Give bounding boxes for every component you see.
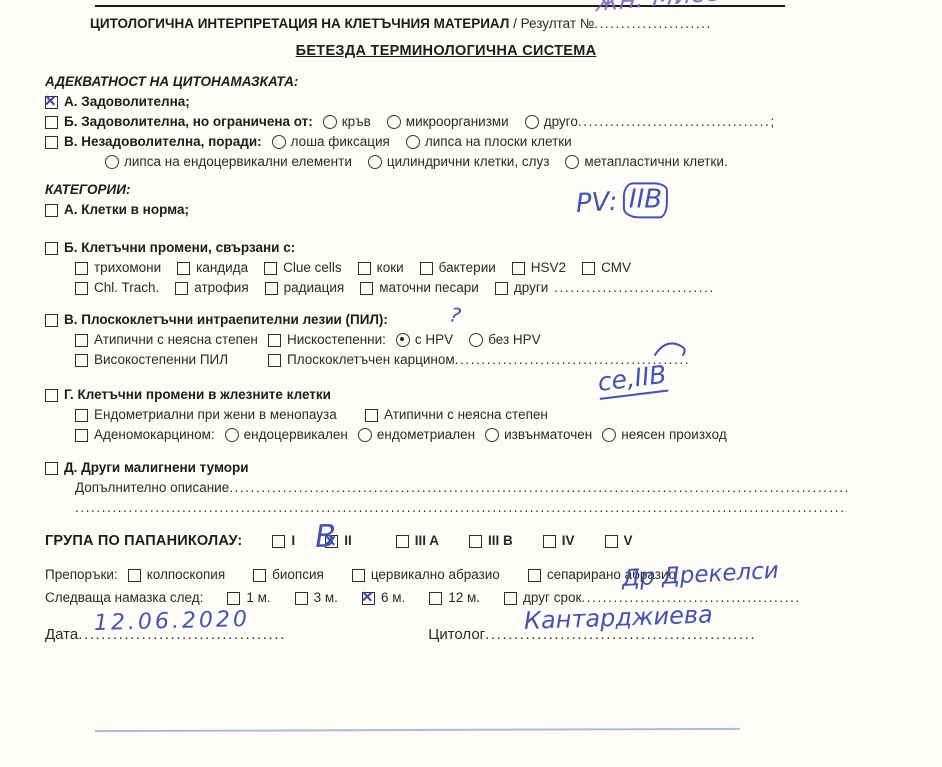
checkbox-option-bacteria: бактерии xyxy=(420,258,496,278)
option-label: микроорганизми xyxy=(406,112,509,132)
radio-endometrial xyxy=(358,428,372,442)
radio-option-bad-fixation: лоша фиксация xyxy=(272,132,390,152)
option-label: Clue cells xyxy=(283,258,342,278)
checkbox-option-carcinoma: Плоскоклетъчен карцином xyxy=(268,350,455,370)
pap-group-3a: III A xyxy=(396,530,439,552)
checkbox-pap-1 xyxy=(272,535,285,548)
group-label: IV xyxy=(562,530,575,552)
option-label: кръв xyxy=(342,112,371,132)
option-label: радиация xyxy=(284,278,345,298)
option-label: коки xyxy=(377,258,404,278)
others-dots: .............................. xyxy=(554,278,715,298)
radio-option-extrauterine: извънматочен xyxy=(485,425,592,445)
recommendations-label: Препоръки: xyxy=(45,565,118,585)
handwritten-pap-group-letter: В xyxy=(314,518,337,555)
checkbox-clue-cells xyxy=(264,262,277,275)
checkbox-pap-5 xyxy=(605,535,618,548)
checkbox-other-term xyxy=(504,592,517,605)
adequacy-c-label: В. Незадоволителна, поради: xyxy=(64,132,262,152)
scan-bottom-line xyxy=(95,728,740,732)
pap-group-4: IV xyxy=(543,530,575,552)
checkbox-others xyxy=(495,282,508,295)
group-label: V xyxy=(624,530,633,552)
category-c: В. Плоскоклетъчни интраепителни лезии (П… xyxy=(45,310,847,330)
group-label: II xyxy=(344,530,352,552)
checkbox-atrophy xyxy=(175,282,188,295)
system-title: БЕТЕЗДА ТЕРМИНОЛОГИЧНА СИСТЕМА xyxy=(296,40,597,62)
checkbox-endometrial-menopause xyxy=(75,409,88,422)
adequacy-heading-row: АДЕКВАТНОСТ НА ЦИТОНАМАЗКАТА: xyxy=(45,72,847,92)
checkbox-option-3m: 3 м. xyxy=(295,588,338,608)
category-d: Д. Други малигнени тумори xyxy=(45,458,847,478)
adequacy-a-label: А. Задоволителна; xyxy=(64,92,190,112)
radio-blood xyxy=(323,115,337,129)
option-label: 1 м. xyxy=(246,588,270,608)
categories-heading: КАТЕГОРИИ: xyxy=(45,180,130,200)
checkbox-separate-abrasion xyxy=(528,569,541,582)
form-title: ЦИТОЛОГИЧНА ИНТЕРПРЕТАЦИЯ НА КЛЕТЪЧНИЯ М… xyxy=(90,14,509,34)
radio-option-microorganisms: микроорганизми xyxy=(387,112,509,132)
adequacy-option-b: Б. Задоволителна, но ограничена от: кръв… xyxy=(45,112,847,132)
option-label: атрофия xyxy=(194,278,248,298)
checkbox-squamous-lesions xyxy=(45,314,58,327)
cytologist-label: Цитолог xyxy=(428,622,485,648)
radio-bad-fixation xyxy=(272,135,286,149)
category-b: Б. Клетъчни промени, свързани с: xyxy=(45,238,847,258)
option-label: Chl. Trach. xyxy=(94,278,159,298)
checkbox-option-6m: 6 м. xyxy=(362,588,405,608)
checkbox-pessary xyxy=(360,282,373,295)
checkbox-option-biopsy: биопсия xyxy=(253,565,324,585)
radio-with-hpv xyxy=(396,333,410,347)
additional-description-label: Допълнително описание xyxy=(75,478,229,498)
radio-option-with-hpv: с HPV xyxy=(396,330,453,350)
checkbox-atypical-glandular xyxy=(365,409,378,422)
checkbox-cocci xyxy=(358,262,371,275)
handwritten-pv-prefix: PV: xyxy=(575,187,618,219)
option-label: трихомони xyxy=(94,258,161,278)
checkbox-trichomonas xyxy=(75,262,88,275)
checkbox-option-atypical-unclear: Атипични с неясна степен xyxy=(75,330,268,350)
checkbox-1m xyxy=(227,592,240,605)
checkbox-glandular-changes xyxy=(45,389,58,402)
category-b-label: Б. Клетъчни промени, свързани с: xyxy=(64,238,295,258)
radio-option-without-hpv: без HPV xyxy=(469,330,541,350)
form-content: ЦИТОЛОГИЧНА ИНТЕРПРЕТАЦИЯ НА КЛЕТЪЧНИЯ М… xyxy=(45,0,847,648)
additional-description-dots2: ........................................… xyxy=(75,498,847,518)
checkbox-option-cervical-abrasion: цервикално абразио xyxy=(352,565,500,585)
option-label: неясен произход xyxy=(621,425,726,445)
option-label: Ендометриални при жени в менопауза xyxy=(94,405,337,425)
next-smear-row: Следваща намазка след: 1 м. 3 м. 6 м. 12… xyxy=(45,588,847,608)
checkbox-option-1m: 1 м. xyxy=(227,588,270,608)
adequacy-b-label: Б. Задоволителна, но ограничена от: xyxy=(64,112,313,132)
additional-description-row2: ........................................… xyxy=(75,498,847,518)
radio-cylindrical xyxy=(368,155,382,169)
option-label: лоша фиксация xyxy=(291,132,390,152)
checkbox-cervical-abrasion xyxy=(352,569,365,582)
handwritten-arc-mark xyxy=(652,340,694,360)
radio-microorganisms xyxy=(387,115,401,129)
option-label: кандида xyxy=(196,258,248,278)
option-label: маточни песари xyxy=(379,278,479,298)
radio-other xyxy=(525,115,539,129)
papanicolaou-row: ГРУПА ПО ПАПАНИКОЛАУ: I II III A III B I… xyxy=(45,530,847,552)
radio-without-hpv xyxy=(469,333,483,347)
checkbox-colposcopy xyxy=(128,569,141,582)
category-a: А. Клетки в норма; xyxy=(45,200,847,220)
checkbox-chl-trach xyxy=(75,282,88,295)
checkbox-biopsy xyxy=(253,569,266,582)
checkbox-option-candida: кандида xyxy=(177,258,248,278)
additional-description-row: Допълнително описание ..................… xyxy=(75,478,847,498)
system-title-row: БЕТЕЗДА ТЕРМИНОЛОГИЧНА СИСТЕМА xyxy=(45,40,847,62)
category-d-label: Д. Други малигнени тумори xyxy=(64,458,249,478)
category-g: Г. Клетъчни промени в жлезните клетки xyxy=(45,385,847,405)
radio-metaplastic xyxy=(565,155,579,169)
checkbox-adequacy-a xyxy=(45,96,58,109)
checkbox-option-low-grade: Нискостепенни: xyxy=(268,330,386,350)
option-label: друго xyxy=(544,112,578,132)
option-label: ендоцервикален xyxy=(244,425,348,445)
adequacy-option-a: А. Задоволителна; xyxy=(45,92,847,112)
option-label: с HPV xyxy=(415,330,453,350)
option-label: колпоскопия xyxy=(147,565,225,585)
option-label: липса на плоски клетки xyxy=(425,132,572,152)
checkbox-option-endometrial-menopause: Ендометриални при жени в менопауза xyxy=(75,405,365,425)
option-label: CMV xyxy=(601,258,631,278)
group-label: I xyxy=(291,530,295,552)
checkbox-option-clue-cells: Clue cells xyxy=(264,258,342,278)
checkbox-radiation xyxy=(265,282,278,295)
checkbox-option-trichomonas: трихомони xyxy=(75,258,161,278)
handwritten-pv-value: IIВ xyxy=(622,182,667,218)
option-label: цервикално абразио xyxy=(371,565,500,585)
option-label: други xyxy=(514,278,548,298)
option-label: HSV2 xyxy=(531,258,566,278)
checkbox-pap-3b xyxy=(469,535,482,548)
option-label: Нискостепенни: xyxy=(287,330,386,350)
handwritten-date: 12.06.2020 xyxy=(94,607,251,636)
option-label: Аденомокарцином: xyxy=(94,425,215,445)
radio-option-blood: кръв xyxy=(323,112,371,132)
group-label: III A xyxy=(415,530,439,552)
checkbox-3m xyxy=(295,592,308,605)
option-label: цилиндрични клетки, слуз xyxy=(387,152,550,172)
checkbox-6m xyxy=(362,592,375,605)
checkbox-adequacy-c xyxy=(45,136,58,149)
category-c-label: В. Плоскоклетъчни интраепителни лезии (П… xyxy=(64,310,388,330)
option-label: извънматочен xyxy=(504,425,592,445)
option-label: Атипични с неясна степен xyxy=(94,330,258,350)
radio-endocervical xyxy=(225,428,239,442)
checkbox-cells-normal xyxy=(45,204,58,217)
checkbox-carcinoma xyxy=(268,354,281,367)
category-b-row2: Chl. Trach. атрофия радиация маточни пес… xyxy=(75,278,847,298)
category-c-row2: Високостепенни ПИЛ Плоскоклетъчен карцин… xyxy=(75,350,847,370)
radio-option-metaplastic: метапластични клетки. xyxy=(565,152,727,172)
checkbox-adenocarcinoma xyxy=(75,429,88,442)
checkbox-hsv2 xyxy=(512,262,525,275)
category-g-label: Г. Клетъчни промени в жлезните клетки xyxy=(64,385,331,405)
option-label: Атипични с неясна степен xyxy=(384,405,548,425)
checkbox-option-adenocarcinoma: Аденомокарцином: xyxy=(75,425,215,445)
checkbox-atypical-unclear xyxy=(75,334,88,347)
option-label: 3 м. xyxy=(314,588,338,608)
category-g-row2: Аденомокарцином: ендоцервикален ендометр… xyxy=(75,425,847,445)
pap-group-5: V xyxy=(605,530,633,552)
option-label: Плоскоклетъчен карцином xyxy=(287,350,455,370)
checkbox-12m xyxy=(429,592,442,605)
handwritten-pv-annotation: PV: IIВ xyxy=(575,181,668,222)
additional-description-dots: ........................................… xyxy=(229,478,847,498)
checkbox-option-pessary: маточни песари xyxy=(360,278,479,298)
pap-group-3b: III B xyxy=(469,530,513,552)
checkbox-option-atrophy: атрофия xyxy=(175,278,248,298)
adequacy-option-c-row2: липса на ендоцервикални елементи цилиндр… xyxy=(105,152,847,172)
radio-option-endocervical: ендоцервикален xyxy=(225,425,348,445)
date-label: Дата xyxy=(45,622,78,648)
checkbox-option-chl-trach: Chl. Trach. xyxy=(75,278,159,298)
radio-option-no-squamous: липса на плоски клетки xyxy=(406,132,572,152)
papanicolaou-heading: ГРУПА ПО ПАПАНИКОЛАУ: xyxy=(45,530,242,552)
category-g-row1: Ендометриални при жени в менопауза Атипи… xyxy=(75,405,847,425)
checkbox-option-12m: 12 м. xyxy=(429,588,480,608)
categories-heading-row: КАТЕГОРИИ: xyxy=(45,180,847,200)
category-c-row1: Атипични с неясна степен Нискостепенни: … xyxy=(75,330,847,350)
category-b-row1: трихомони кандида Clue cells коки бактер… xyxy=(75,258,847,278)
option-label: биопсия xyxy=(272,565,324,585)
checkbox-option-atypical-unclear-glandular: Атипични с неясна степен xyxy=(365,405,548,425)
checkbox-pap-4 xyxy=(543,535,556,548)
checkbox-option-radiation: радиация xyxy=(265,278,345,298)
checkbox-cmv xyxy=(582,262,595,275)
checkbox-bacteria xyxy=(420,262,433,275)
option-label: 12 м. xyxy=(448,588,480,608)
radio-option-endometrial: ендометриален xyxy=(358,425,475,445)
checkbox-option-cocci: коки xyxy=(358,258,404,278)
adequacy-option-c: В. Незадоволителна, поради: лоша фиксаци… xyxy=(45,132,847,152)
option-label: Високостепенни ПИЛ xyxy=(94,350,228,370)
radio-no-squamous xyxy=(406,135,420,149)
radio-extrauterine xyxy=(485,428,499,442)
radio-option-other: друго xyxy=(525,112,578,132)
radio-no-endocervical xyxy=(105,155,119,169)
result-number-dots: ...................... xyxy=(594,14,712,34)
checkbox-option-high-grade: Високостепенни ПИЛ xyxy=(75,350,268,370)
form-header: ЦИТОЛОГИЧНА ИНТЕРПРЕТАЦИЯ НА КЛЕТЪЧНИЯ М… xyxy=(90,14,847,34)
checkbox-candida xyxy=(177,262,190,275)
radio-option-unclear-origin: неясен произход xyxy=(602,425,726,445)
option-label: метапластични клетки. xyxy=(584,152,727,172)
checkbox-option-hsv2: HSV2 xyxy=(512,258,566,278)
checkbox-cellular-changes xyxy=(45,242,58,255)
cytology-form-scan: ЦИТОЛОГИЧНА ИНТЕРПРЕТАЦИЯ НА КЛЕТЪЧНИЯ М… xyxy=(0,0,942,767)
checkbox-high-grade xyxy=(75,354,88,367)
checkbox-other-malignant xyxy=(45,462,58,475)
checkbox-pap-3a xyxy=(396,535,409,548)
option-label: без HPV xyxy=(488,330,541,350)
checkbox-option-cmv: CMV xyxy=(582,258,631,278)
checkbox-option-others: други xyxy=(495,278,548,298)
radio-option-cylindrical: цилиндрични клетки, слуз xyxy=(368,152,550,172)
other-dots: ....................................; xyxy=(578,112,776,132)
adequacy-heading: АДЕКВАТНОСТ НА ЦИТОНАМАЗКАТА: xyxy=(45,72,298,92)
checkbox-adequacy-b xyxy=(45,116,58,129)
checkbox-option-colposcopy: колпоскопия xyxy=(128,565,225,585)
checkbox-low-grade xyxy=(268,334,281,347)
next-smear-label: Следваща намазка след: xyxy=(45,588,203,608)
option-label: липса на ендоцервикални елементи xyxy=(124,152,352,172)
result-number-label: / Резултат № xyxy=(513,14,594,34)
radio-unclear-origin xyxy=(602,428,616,442)
group-label: III B xyxy=(488,530,513,552)
category-a-label: А. Клетки в норма; xyxy=(64,200,189,220)
pap-group-1: I xyxy=(272,530,295,552)
option-label: 6 м. xyxy=(381,588,405,608)
option-label: ендометриален xyxy=(377,425,475,445)
radio-option-no-endocervical: липса на ендоцервикални елементи xyxy=(105,152,352,172)
option-label: бактерии xyxy=(439,258,496,278)
